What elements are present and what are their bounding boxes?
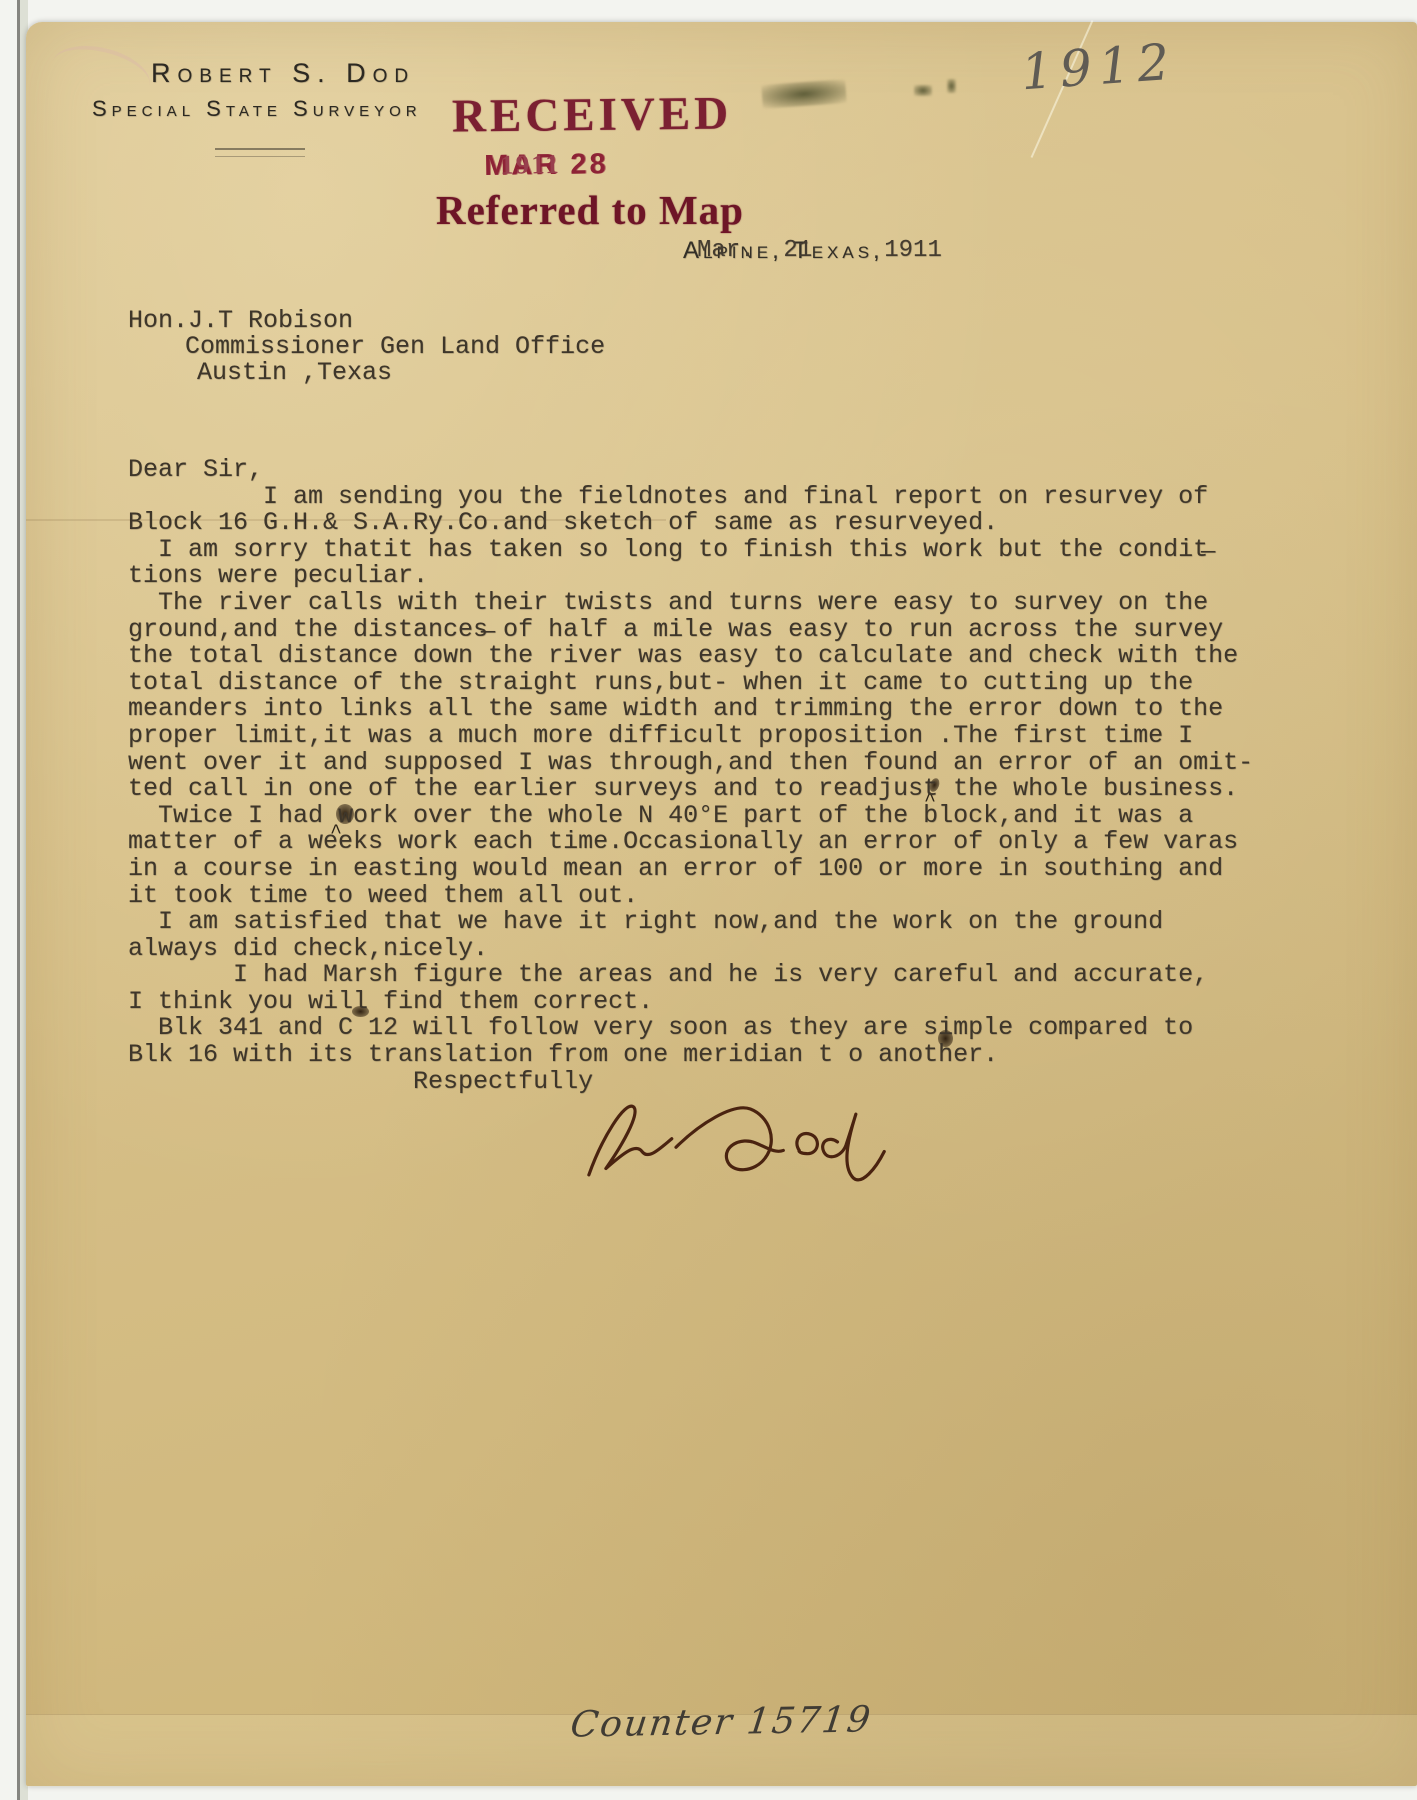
letterhead-title: Special State Surveyor (92, 96, 422, 122)
ink-smudge (761, 79, 846, 109)
body-lines: Dear Sir, I am sending you the fieldnote… (128, 457, 1253, 1095)
signature-stroke (574, 1088, 914, 1198)
ink-smudge (947, 79, 956, 93)
dateline-date: Mar. 21 1911 (697, 237, 942, 264)
letter-page: ^ ^ Robert S. Dod Special State Surveyor… (26, 22, 1417, 1786)
ink-smudge (914, 85, 932, 96)
received-year-text: 1911 (500, 149, 561, 181)
pencil-year-annotation: 1912 (1019, 33, 1178, 102)
received-stamp: RECEIVED (452, 87, 733, 144)
referred-to-map-stamp: Referred to Map (436, 186, 744, 234)
recipient-title: Commissioner Gen Land Office (185, 332, 605, 361)
letterhead-underline (215, 148, 305, 157)
signature-robert-dod (574, 1088, 914, 1198)
letterhead-name: Robert S. Dod (151, 58, 415, 89)
counter-annotation: Counter 15719 (568, 1699, 874, 1745)
recipient-city: Austin ,Texas (197, 358, 392, 387)
recipient-name: Hon.J.T Robison (128, 306, 353, 335)
